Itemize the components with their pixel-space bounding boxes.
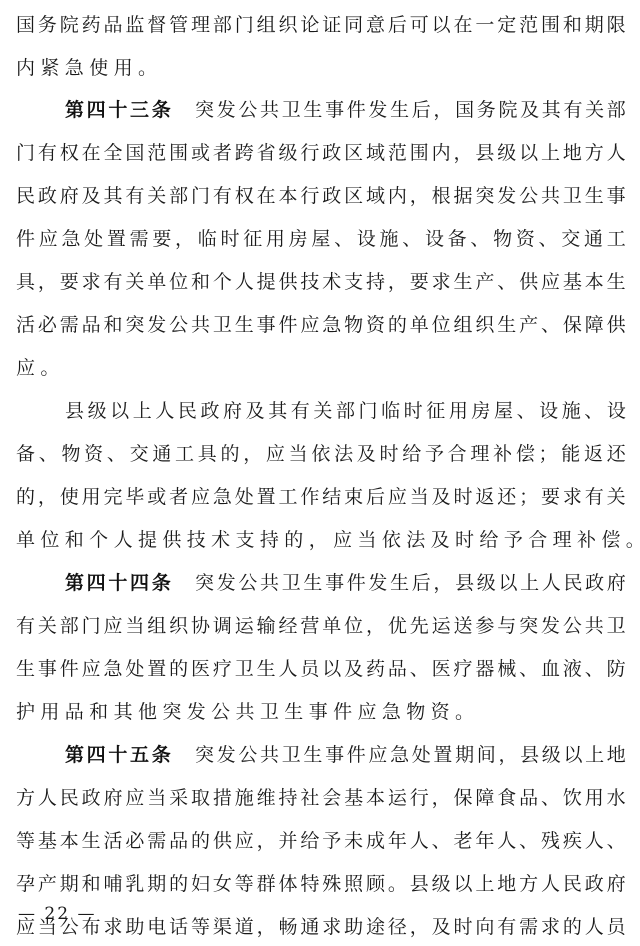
text-char: 政 xyxy=(82,786,101,810)
text-char: 话 xyxy=(169,915,188,939)
text-char: 成 xyxy=(366,829,385,853)
text-char: 孕 xyxy=(16,872,35,896)
text-char: 时 xyxy=(454,915,473,939)
text-char: 务 xyxy=(477,98,496,122)
text-char: 当 xyxy=(357,528,376,552)
text-char: ， xyxy=(175,227,194,251)
text-char: 物 xyxy=(493,227,512,251)
text-char: 置 xyxy=(107,227,126,251)
text-char: 运 xyxy=(235,614,254,638)
text-char: 卫 xyxy=(607,614,626,638)
text-char: ， xyxy=(433,571,452,595)
text-char: 设 xyxy=(357,227,376,251)
text-char: 在 xyxy=(257,184,276,208)
text-char: 电 xyxy=(147,915,166,939)
text-char: 会 xyxy=(322,786,341,810)
text-char: 卫 xyxy=(213,313,232,337)
text-char: 疾 xyxy=(563,829,582,853)
text-char: 政 xyxy=(585,872,604,896)
text-char: 个 xyxy=(89,528,108,552)
text-char: 位 xyxy=(169,270,188,294)
text-char: 府 xyxy=(223,399,242,423)
text-char: 和 xyxy=(89,700,108,724)
text-char: 人 xyxy=(585,915,604,939)
text-char: 给 xyxy=(479,528,498,552)
text-char: 跨 xyxy=(235,141,254,165)
article-heading-char: 四 xyxy=(87,571,106,595)
text-char: 急 xyxy=(382,700,401,724)
text-char: 工 xyxy=(279,485,298,509)
text-char: ， xyxy=(38,270,57,294)
text-char: 、 xyxy=(107,442,126,466)
text-char: 期 xyxy=(585,13,604,37)
text-char: 论 xyxy=(300,13,319,37)
text-char: 予 xyxy=(322,829,341,853)
article-gap xyxy=(173,98,192,122)
text-char: 有 xyxy=(16,614,35,638)
text-char: 当 xyxy=(147,786,166,810)
text-char: 施 xyxy=(562,399,581,423)
text-char: 域 xyxy=(366,184,385,208)
text-char: 群 xyxy=(257,872,276,896)
text-char: 急 xyxy=(322,313,341,337)
text-char: 限 xyxy=(607,13,626,37)
text-char: 单 xyxy=(410,313,429,337)
article-heading-char: 条 xyxy=(152,743,171,767)
text-char: 以 xyxy=(322,657,341,681)
text-char: 基 xyxy=(563,270,582,294)
text-char: 省 xyxy=(257,141,276,165)
text-char: 房 xyxy=(289,227,308,251)
text-char: 等 xyxy=(16,829,35,853)
text-char: 后 xyxy=(412,98,431,122)
text-char: 发 xyxy=(217,571,236,595)
text-char: 残 xyxy=(541,829,560,853)
text-line: 等基本生活必需品的供应，并给予未成年人、老年人、残疾人、 xyxy=(16,829,626,853)
text-char: 优 xyxy=(388,614,407,638)
text-char: 临 xyxy=(381,399,400,423)
text-char: 共 xyxy=(191,313,210,337)
text-char: 以 xyxy=(498,571,517,595)
text-char: 卫 xyxy=(260,700,279,724)
text-char: 件 xyxy=(16,227,35,251)
text-char: 、 xyxy=(432,829,451,853)
text-char: 时 xyxy=(404,399,423,423)
text-char: 征 xyxy=(426,399,445,423)
text-line: 的，使用完毕或者应急处置工作结束后应当及时返还；要求有关 xyxy=(16,485,626,509)
text-char: 地 xyxy=(497,872,516,896)
text-char: 织 xyxy=(279,13,298,37)
text-char: 其 xyxy=(268,399,287,423)
text-char: 人 xyxy=(541,872,560,896)
text-char: 求 xyxy=(322,915,341,939)
text-char: 有 xyxy=(497,915,516,939)
text-char: 物 xyxy=(61,442,80,466)
text-char: 上 xyxy=(541,141,560,165)
text-char: 产 xyxy=(475,270,494,294)
text-char: 的 xyxy=(191,829,210,853)
text-char: 院 xyxy=(60,13,79,37)
text-char: 、 xyxy=(470,227,489,251)
text-char: 以 xyxy=(519,141,538,165)
text-char: 件 xyxy=(60,657,79,681)
text-char: 织 xyxy=(169,614,188,638)
text-char: 急 xyxy=(61,227,80,251)
text-char: 共 xyxy=(585,614,604,638)
text-char: 女 xyxy=(213,872,232,896)
text-char: 内 xyxy=(16,56,35,80)
text-char: 与 xyxy=(497,614,516,638)
text-char: 殊 xyxy=(322,872,341,896)
text-char: 和 xyxy=(65,528,84,552)
text-char: 设 xyxy=(425,227,444,251)
text-line: 门有权在全国范围或者跨省级行政区域范围内，县级以上地方人 xyxy=(16,141,626,165)
text-char: 求 xyxy=(104,915,123,939)
text-char: 助 xyxy=(344,915,363,939)
text-char: 水 xyxy=(607,786,626,810)
text-char: 门 xyxy=(191,184,210,208)
text-char: 县 xyxy=(455,571,474,595)
text-char: 照 xyxy=(344,872,363,896)
text-char: 有 xyxy=(213,184,232,208)
text-char: 束 xyxy=(344,485,363,509)
text-char: 必 xyxy=(125,829,144,853)
text-char: 施 xyxy=(235,786,254,810)
text-char: 突 xyxy=(195,743,214,767)
text-char: 能 xyxy=(561,442,580,466)
text-char: 人 xyxy=(114,528,133,552)
text-char: 当 xyxy=(410,485,429,509)
text-char: 以 xyxy=(432,13,451,37)
text-line: 民政府及其有关部门有权在本行政区域内，根据突发公共卫生事 xyxy=(16,184,626,208)
text-char: 处 xyxy=(235,485,254,509)
text-char: 支 xyxy=(236,528,255,552)
text-char: 生 xyxy=(390,571,409,595)
text-char: 毕 xyxy=(125,485,144,509)
text-char: 妇 xyxy=(191,872,210,896)
text-char: 物 xyxy=(344,313,363,337)
text-line: 县级以上人民政府及其有关部门临时征用房屋、设施、设 xyxy=(65,399,626,423)
text-char: 合 xyxy=(448,442,467,466)
text-char: 门 xyxy=(16,141,35,165)
text-char: 、 xyxy=(607,829,626,853)
text-char: 疗 xyxy=(213,657,232,681)
text-char: 支 xyxy=(344,270,363,294)
text-char: 要 xyxy=(60,270,79,294)
text-char: 法 xyxy=(406,528,425,552)
text-char: 基 xyxy=(344,786,363,810)
text-char: 范 xyxy=(147,141,166,165)
text-char: 输 xyxy=(257,614,276,638)
text-char: 持 xyxy=(366,270,385,294)
text-char: 组 xyxy=(147,614,166,638)
text-char: 理 xyxy=(553,528,572,552)
text-char: 协 xyxy=(191,614,210,638)
text-char: 、 xyxy=(541,786,560,810)
text-char: 发 xyxy=(217,98,236,122)
text-char: 院 xyxy=(498,98,517,122)
text-char: 人 xyxy=(607,141,626,165)
text-char: 发 xyxy=(541,614,560,638)
text-char: 返 xyxy=(584,442,603,466)
document-page: 国务院药品监督管理部门组织论证同意后可以在一定范围和期限内紧急使用。第四十三条突… xyxy=(0,0,640,946)
text-char: 要 xyxy=(541,485,560,509)
text-char: 生 xyxy=(16,657,35,681)
text-char: 依 xyxy=(311,442,330,466)
text-char: 提 xyxy=(257,270,276,294)
text-char: 卫 xyxy=(282,98,301,122)
text-char: 生 xyxy=(284,700,303,724)
text-char: 并 xyxy=(279,829,298,853)
text-char: 渠 xyxy=(213,915,232,939)
text-char: 术 xyxy=(211,528,230,552)
text-char: 置 xyxy=(147,657,166,681)
text-char: 的 xyxy=(388,313,407,337)
text-char: 途 xyxy=(366,915,385,939)
text-char: 应 xyxy=(125,786,144,810)
text-char: 区 xyxy=(344,184,363,208)
text-char: 突 xyxy=(195,98,214,122)
text-char: 上 xyxy=(475,872,494,896)
text-char: 返 xyxy=(475,485,494,509)
article-first-line: 第四十五条突发公共卫生事件应急处置期间，县级以上地 xyxy=(65,743,626,767)
text-char: 活 xyxy=(104,829,123,853)
text-char: 通 xyxy=(584,227,603,251)
text-char: 用 xyxy=(266,227,285,251)
text-char: 及 xyxy=(344,657,363,681)
text-char: 级 xyxy=(497,141,516,165)
text-char: 有 xyxy=(563,98,582,122)
text-char: 征 xyxy=(243,227,262,251)
text-char: 资 xyxy=(431,700,450,724)
text-char: 偿 xyxy=(601,528,620,552)
text-char: 社 xyxy=(300,786,319,810)
text-char: 县 xyxy=(65,399,84,423)
text-char: 生 xyxy=(82,829,101,853)
text-char: 有 xyxy=(125,184,144,208)
text-char: 县 xyxy=(410,872,429,896)
text-char: 求 xyxy=(541,915,560,939)
text-char: 位 xyxy=(432,313,451,337)
text-char: 本 xyxy=(366,786,385,810)
text-line: 生事件应急处置的医疗卫生人员以及药品、医疗器械、血液、防 xyxy=(16,657,626,681)
text-char: 护 xyxy=(16,700,35,724)
text-char: 顾 xyxy=(366,872,385,896)
text-char: 品 xyxy=(388,657,407,681)
text-char: 食 xyxy=(497,786,516,810)
text-char: 民 xyxy=(178,399,197,423)
text-char: 医 xyxy=(191,657,210,681)
text-char: 民 xyxy=(563,872,582,896)
article-gap xyxy=(173,571,192,595)
text-char: 应 xyxy=(388,485,407,509)
text-char: 先 xyxy=(410,614,429,638)
text-char: 监 xyxy=(125,13,144,37)
text-char: 产 xyxy=(38,872,57,896)
text-char: 、 xyxy=(334,227,353,251)
text-char: 依 xyxy=(382,528,401,552)
text-char: 在 xyxy=(454,13,473,37)
text-char: 乳 xyxy=(125,872,144,896)
text-char: 合 xyxy=(528,528,547,552)
text-char: 突 xyxy=(162,700,181,724)
text-char: 地 xyxy=(563,141,582,165)
text-char: 位 xyxy=(344,614,363,638)
text-char: 、 xyxy=(517,399,536,423)
text-char: 公 xyxy=(238,571,257,595)
text-char: 内 xyxy=(432,141,451,165)
article-heading-char: 条 xyxy=(152,571,171,595)
text-char: 的 xyxy=(169,872,188,896)
text-char: 必 xyxy=(38,313,57,337)
text-line: 方人民政府应当采取措施维持社会基本运行，保障食品、饮用水 xyxy=(16,786,626,810)
text-char: 、 xyxy=(39,442,58,466)
text-char: 政 xyxy=(200,399,219,423)
text-char: 工 xyxy=(607,227,626,251)
text-char: ； xyxy=(539,442,558,466)
text-char: 或 xyxy=(147,485,166,509)
text-char: 上 xyxy=(585,743,604,767)
text-char: ， xyxy=(410,915,429,939)
text-char: 老 xyxy=(454,829,473,853)
text-char: ， xyxy=(433,98,452,122)
text-char: 发 xyxy=(497,184,516,208)
text-char: 具 xyxy=(16,270,35,294)
text-char: 公 xyxy=(169,313,188,337)
text-char: 据 xyxy=(454,184,473,208)
text-char: 公 xyxy=(519,184,538,208)
text-char: 处 xyxy=(412,743,431,767)
text-char: 人 xyxy=(585,829,604,853)
text-char: 事 xyxy=(325,743,344,767)
text-char: 政 xyxy=(38,184,57,208)
text-char: 及 xyxy=(246,399,265,423)
article-heading-char: 四 xyxy=(87,98,106,122)
text-char: 间 xyxy=(477,743,496,767)
text-char: 应 xyxy=(333,528,352,552)
article-gap xyxy=(173,743,192,767)
text-char: 部 xyxy=(169,184,188,208)
article-heading-char: 第 xyxy=(65,571,84,595)
text-char: 级 xyxy=(432,872,451,896)
text-char: 的 xyxy=(169,657,188,681)
text-char: 事 xyxy=(38,657,57,681)
text-char: 时 xyxy=(380,442,399,466)
text-char: 给 xyxy=(402,442,421,466)
text-line: 单位和个人提供技术支持的，应当依法及时给予合理补偿。 xyxy=(16,528,626,552)
article-heading-char: 十 xyxy=(108,571,127,595)
text-char: 突 xyxy=(475,184,494,208)
text-char: ， xyxy=(243,442,262,466)
text-char: 作 xyxy=(300,485,319,509)
text-char: 屋 xyxy=(311,227,330,251)
text-char: 理 xyxy=(191,13,210,37)
text-char: 需 xyxy=(130,227,149,251)
text-char: 需 xyxy=(60,313,79,337)
page-number: — 22 — xyxy=(18,904,96,924)
text-char: 府 xyxy=(607,872,626,896)
text-char: 事 xyxy=(309,700,328,724)
text-char: 和 xyxy=(82,872,101,896)
text-char: 应 xyxy=(300,313,319,337)
text-char: 定 xyxy=(497,13,516,37)
text-char: 当 xyxy=(289,442,308,466)
text-char: 供 xyxy=(607,313,626,337)
text-char: 门 xyxy=(359,399,378,423)
text-char: 织 xyxy=(475,313,494,337)
text-char: 向 xyxy=(475,915,494,939)
text-char: 还 xyxy=(607,442,626,466)
article-heading-char: 三 xyxy=(130,98,149,122)
text-char: 意 xyxy=(366,13,385,37)
article-heading-char: 第 xyxy=(65,743,84,767)
text-char: 本 xyxy=(60,829,79,853)
text-char: 政 xyxy=(585,571,604,595)
text-char: 全 xyxy=(104,141,123,165)
text-char: 要 xyxy=(410,270,429,294)
text-char: 保 xyxy=(563,313,582,337)
text-char: 应 xyxy=(82,657,101,681)
text-char: 应 xyxy=(104,614,123,638)
text-char: ， xyxy=(432,786,451,810)
text-char: 临 xyxy=(198,227,217,251)
text-char: 调 xyxy=(213,614,232,638)
text-char: 助 xyxy=(125,915,144,939)
text-char: 及 xyxy=(82,184,101,208)
text-char: 运 xyxy=(432,614,451,638)
text-char: 件 xyxy=(347,98,366,122)
text-char: 域 xyxy=(366,141,385,165)
text-char: 屋 xyxy=(494,399,513,423)
text-char: ； xyxy=(519,485,538,509)
text-char: 务 xyxy=(38,13,57,37)
text-char: 求 xyxy=(432,270,451,294)
text-char: 用 xyxy=(114,56,133,80)
text-line: 孕产期和哺乳期的妇女等群体特殊照顾。县级以上地方人民政府 xyxy=(16,872,626,896)
text-char: 事 xyxy=(325,571,344,595)
text-char: ， xyxy=(454,141,473,165)
text-char: 发 xyxy=(368,571,387,595)
text-char: 等 xyxy=(235,872,254,896)
text-char: 行 xyxy=(300,141,319,165)
text-char: 通 xyxy=(152,442,171,466)
text-char: 其 xyxy=(104,184,123,208)
text-char: 应 xyxy=(235,829,254,853)
text-char: 生 xyxy=(390,98,409,122)
text-char: 持 xyxy=(279,786,298,810)
text-char: 年 xyxy=(388,829,407,853)
text-char: 急 xyxy=(390,743,409,767)
text-char: 以 xyxy=(110,399,129,423)
text-char: 资 xyxy=(366,313,385,337)
text-char: 、 xyxy=(585,657,604,681)
text-char: 民 xyxy=(60,786,79,810)
text-char: 和 xyxy=(563,13,582,37)
text-char: 设 xyxy=(539,399,558,423)
text-char: 其 xyxy=(114,700,133,724)
text-char: 人 xyxy=(235,270,254,294)
text-char: 和 xyxy=(191,270,210,294)
text-char: 、 xyxy=(539,227,558,251)
text-char: 单 xyxy=(16,528,35,552)
text-char: 处 xyxy=(84,227,103,251)
text-char: 个 xyxy=(213,270,232,294)
text-char: ， xyxy=(498,743,517,767)
text-char: 求 xyxy=(563,485,582,509)
text-char: 完 xyxy=(104,485,123,509)
text-char: 府 xyxy=(104,786,123,810)
text-char: 及 xyxy=(432,915,451,939)
